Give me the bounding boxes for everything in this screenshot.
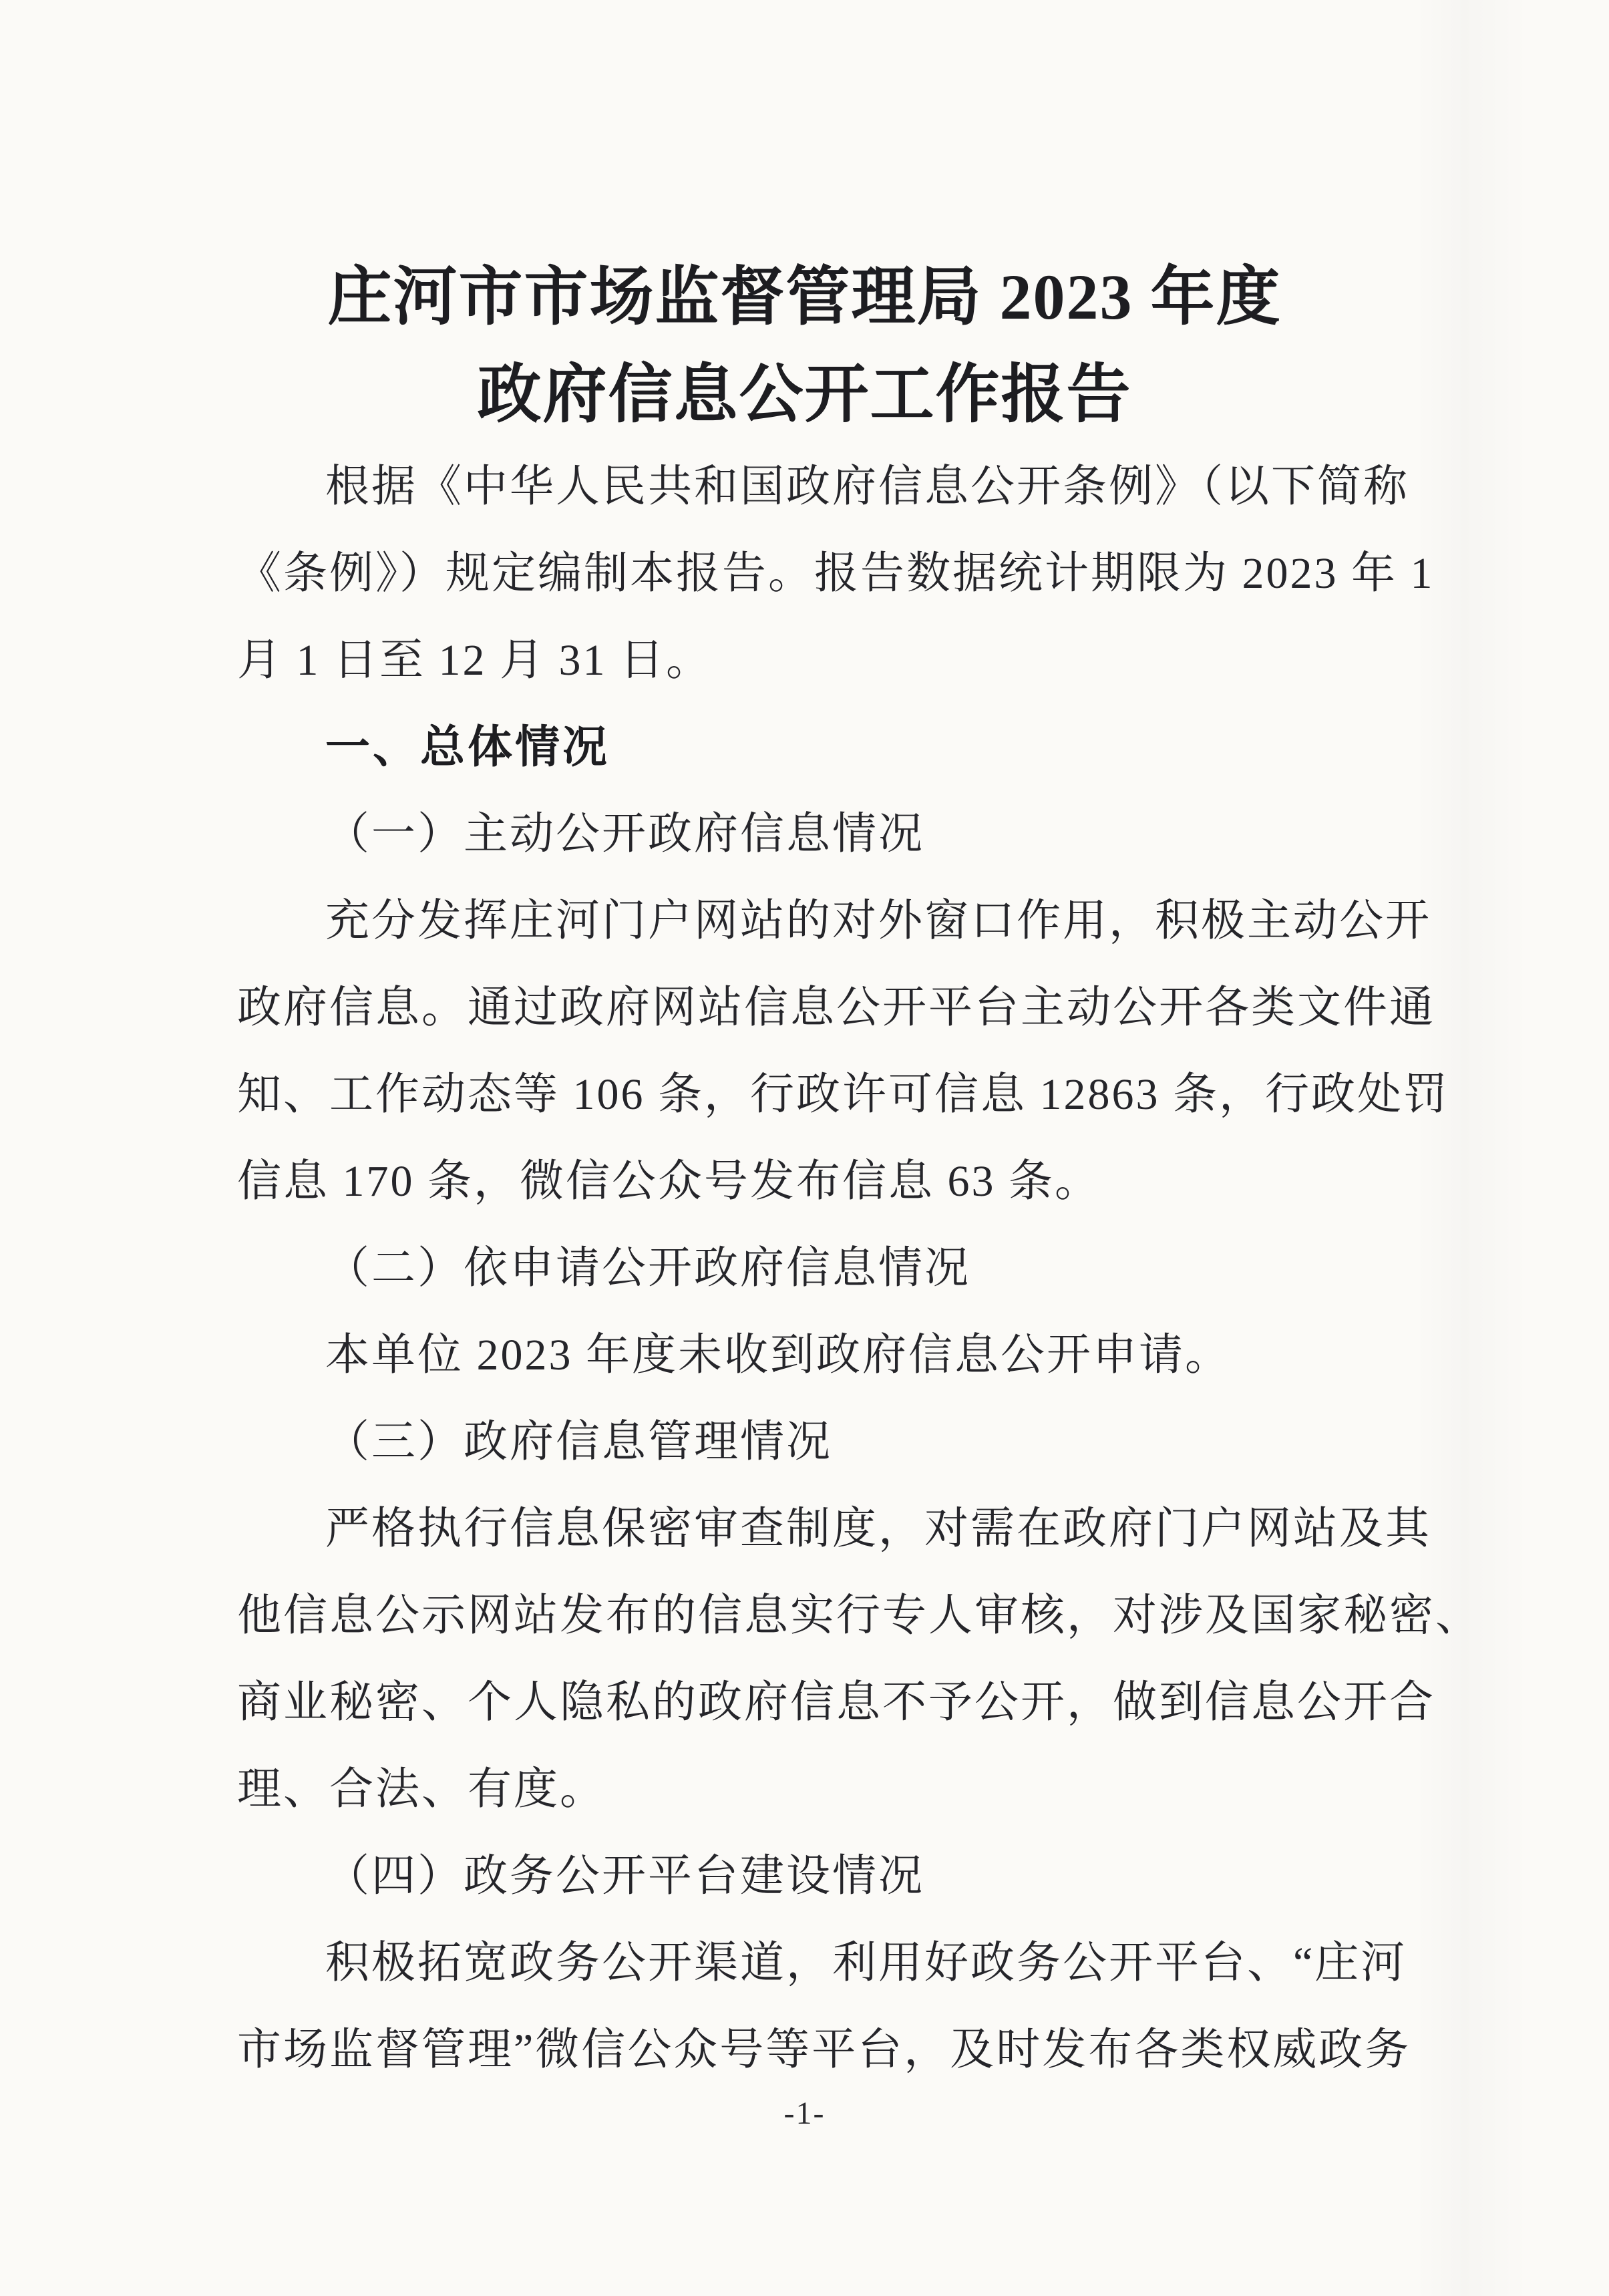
document-title: 庄河市市场监督管理局 2023 年度 政府信息公开工作报告 bbox=[0, 0, 1609, 444]
document-title-line-2: 政府信息公开工作报告 bbox=[0, 346, 1609, 444]
body-line: 根据《中华人民共和国政府信息公开条例》（以下简称 bbox=[237, 444, 1442, 530]
body-line: 积极拓宽政务公开渠道，利用好政务公开平台、“庄河 bbox=[237, 1920, 1442, 2007]
body-line: 商业秘密、个人隐私的政府信息不予公开，做到信息公开合 bbox=[237, 1659, 1442, 1746]
body-line: 信息 170 条，微信公众号发布信息 63 条。 bbox=[237, 1138, 1442, 1225]
body-line: 市场监督管理”微信公众号等平台，及时发布各类权威政务 bbox=[237, 2007, 1442, 2094]
body-line: 月 1 日至 12 月 31 日。 bbox=[237, 617, 1442, 704]
body-line: 政府信息。通过政府网站信息公开平台主动公开各类文件通 bbox=[237, 965, 1442, 1051]
subsection-heading: （二）依申请公开政府信息情况 bbox=[237, 1225, 1442, 1312]
body-line: 理、合法、有度。 bbox=[237, 1746, 1442, 1833]
body-line: 充分发挥庄河门户网站的对外窗口作用，积极主动公开 bbox=[237, 878, 1442, 965]
subsection-heading: （一）主动公开政府信息情况 bbox=[237, 791, 1442, 878]
page-number: -1- bbox=[784, 2096, 826, 2131]
section-heading: 一、总体情况 bbox=[237, 704, 1442, 791]
body-line: 严格执行信息保密审查制度，对需在政府门户网站及其 bbox=[237, 1486, 1442, 1573]
body-line: 知、工作动态等 106 条，行政许可信息 12863 条，行政处罚 bbox=[237, 1051, 1442, 1138]
subsection-heading: （四）政务公开平台建设情况 bbox=[237, 1833, 1442, 1920]
body-line: 本单位 2023 年度未收到政府信息公开申请。 bbox=[237, 1312, 1442, 1399]
page-footer: -1- bbox=[0, 2093, 1609, 2134]
body-line: 《条例》）规定编制本报告。报告数据统计期限为 2023 年 1 bbox=[237, 530, 1442, 617]
subsection-heading: （三）政府信息管理情况 bbox=[237, 1399, 1442, 1486]
document-body: 根据《中华人民共和国政府信息公开条例》（以下简称 《条例》）规定编制本报告。报告… bbox=[0, 444, 1609, 2094]
body-line: 他信息公示网站发布的信息实行专人审核，对涉及国家秘密、 bbox=[237, 1573, 1442, 1659]
scanned-document-page: 庄河市市场监督管理局 2023 年度 政府信息公开工作报告 根据《中华人民共和国… bbox=[0, 0, 1609, 2296]
document-title-line-1: 庄河市市场监督管理局 2023 年度 bbox=[0, 249, 1609, 346]
